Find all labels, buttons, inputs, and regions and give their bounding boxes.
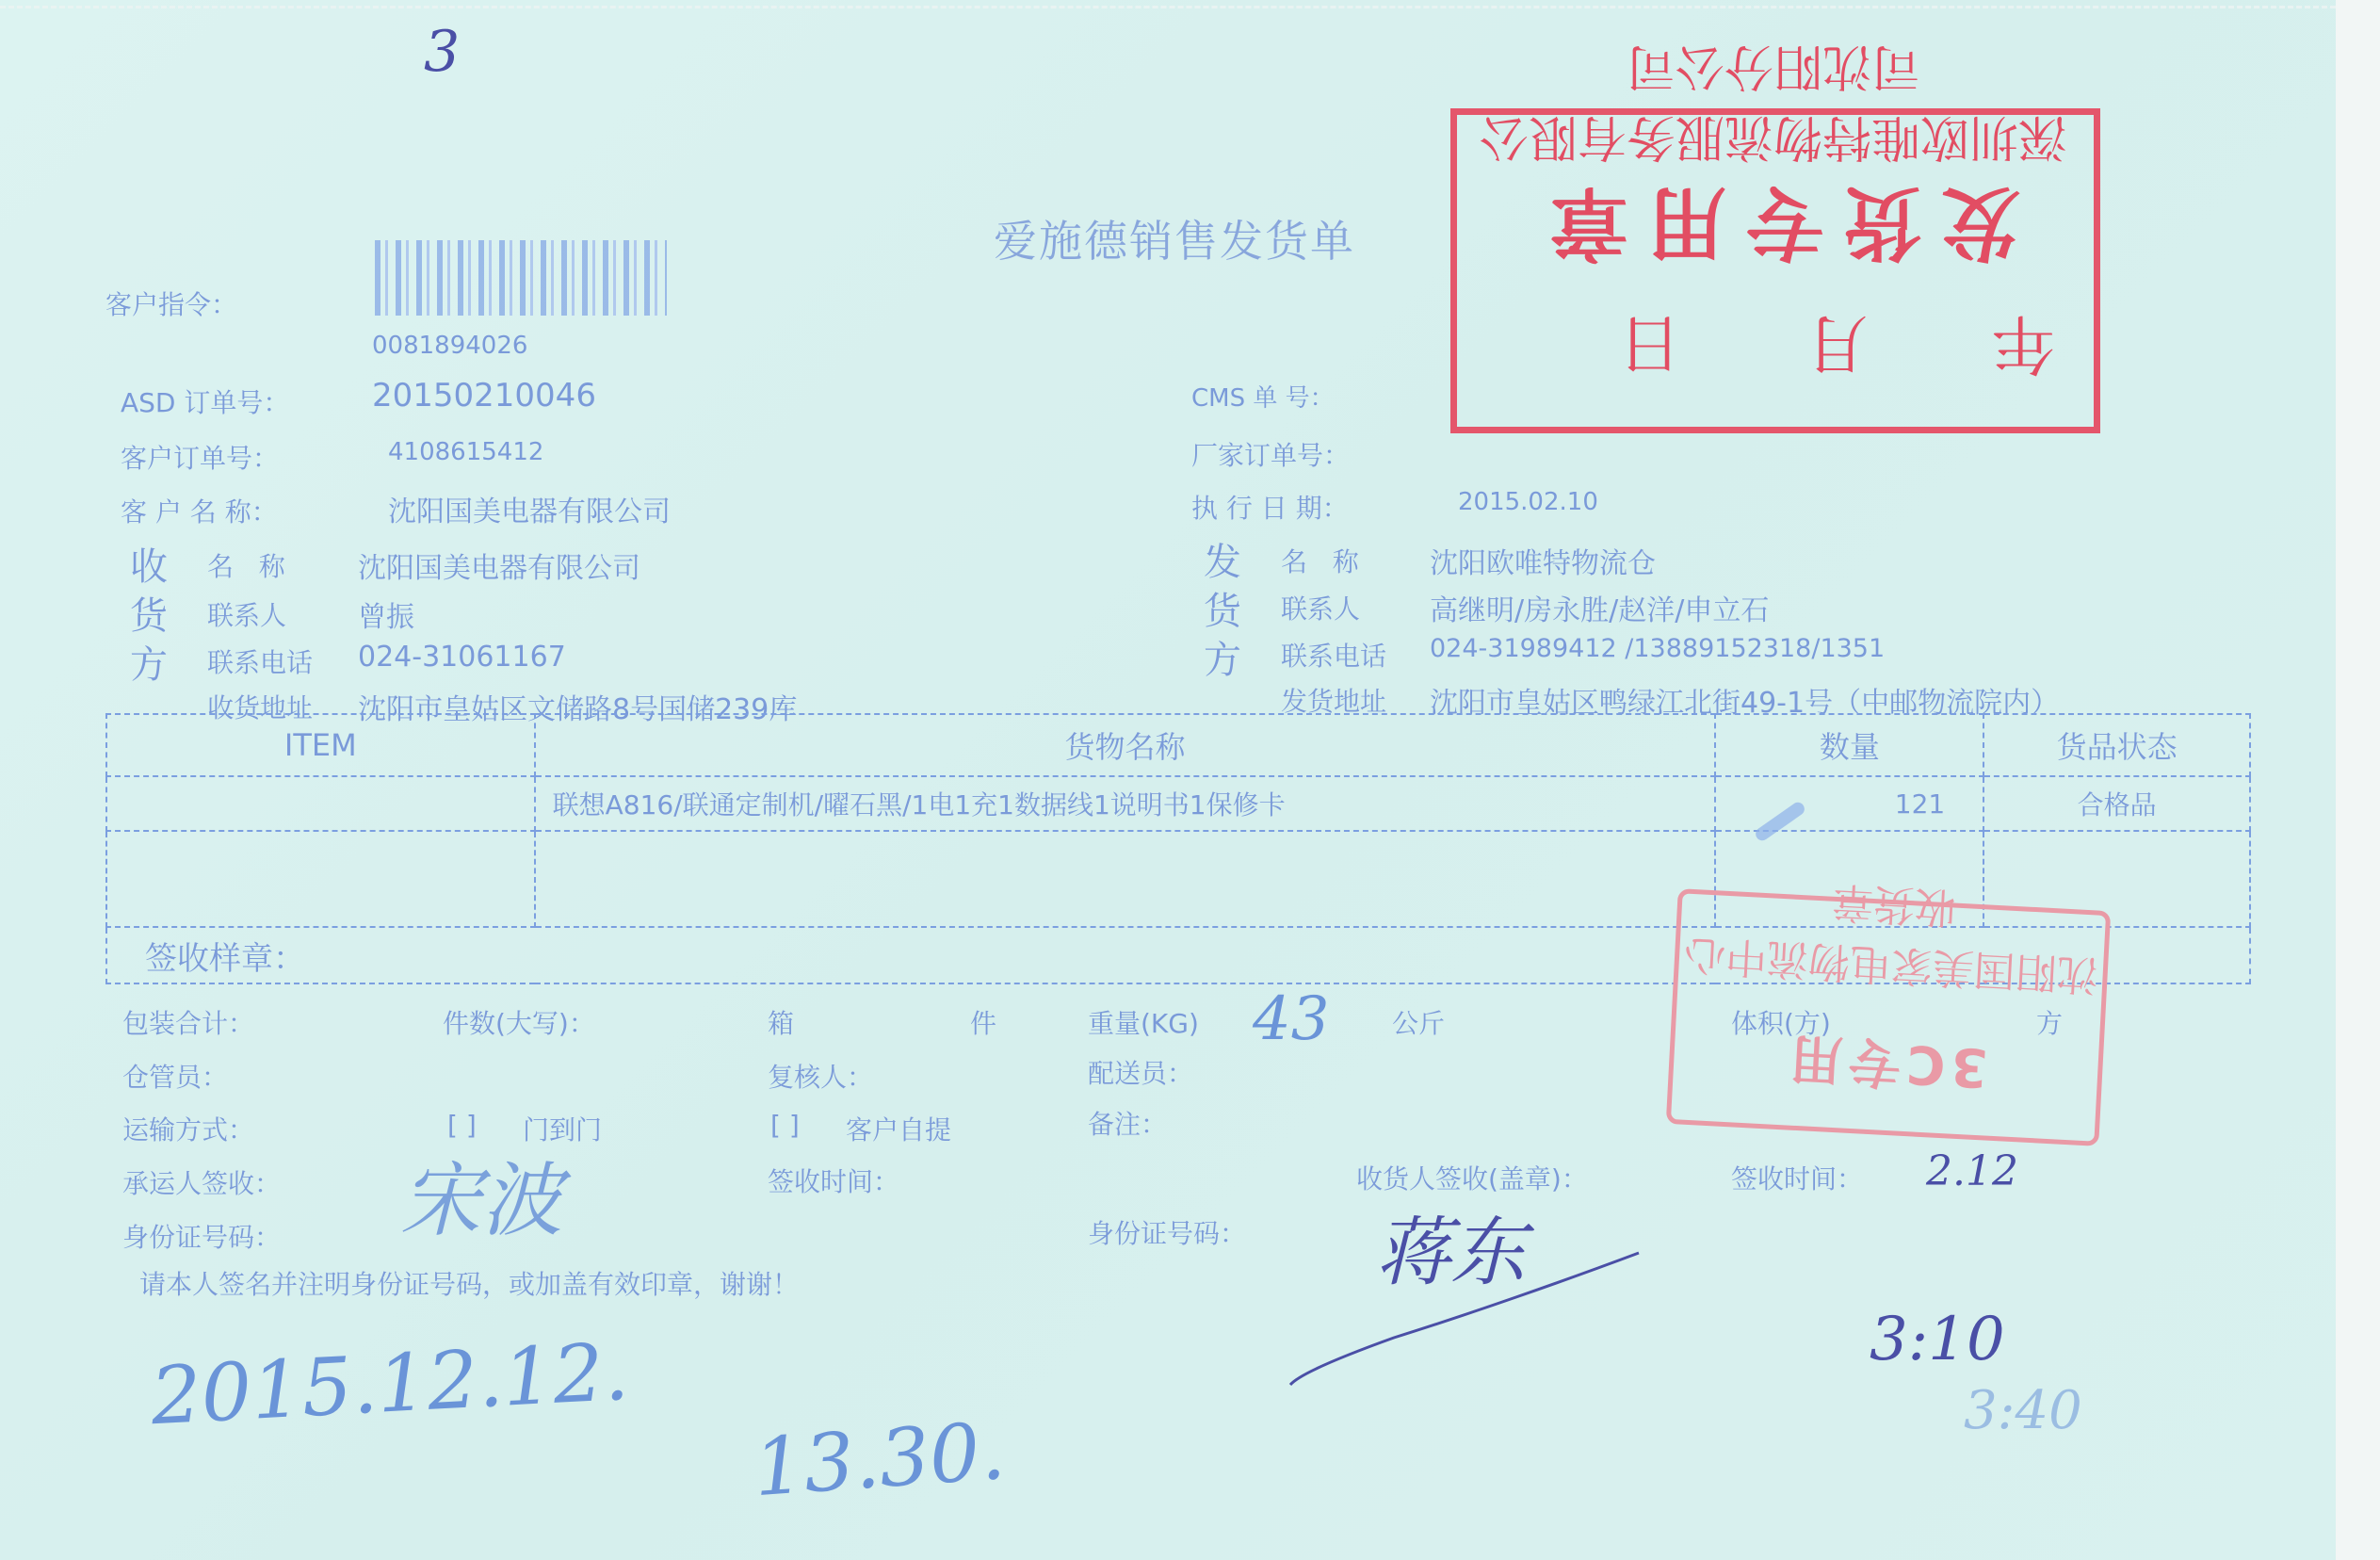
shipper-name-value: 沈阳欧唯特物流仓 [1430, 540, 1656, 581]
shipper-name-label: 名 称 [1281, 542, 1359, 579]
customer-order-value: 4108615412 [388, 438, 543, 466]
receiver-contact-value: 曾振 [358, 593, 414, 635]
cell-item [106, 776, 535, 831]
deliverer-label: 配送员： [1088, 1053, 1193, 1091]
receiver-name-value: 沈阳国美电器有限公司 [358, 544, 640, 586]
table-header-row: ITEM 货物名称 数量 货品状态 [106, 714, 2250, 776]
table-row: 联想A816/联通定制机/曜石黑/1电1充1数据线1说明书1保修卡 121 合格… [106, 776, 2250, 831]
signature-stroke [1281, 1225, 1676, 1394]
shipper-contact-label: 联系人 [1281, 589, 1360, 626]
cell-status: 合格品 [1983, 776, 2250, 831]
customer-name-label: 客 户 名 称： [121, 492, 278, 529]
asd-order-value: 20150210046 [372, 377, 596, 414]
col-header-name: 货物名称 [535, 714, 1716, 776]
volume-label: 体积(方) [1731, 1003, 1831, 1041]
remarks-label: 备注： [1088, 1104, 1167, 1142]
customer-instruction-value: 0081894026 [372, 332, 527, 360]
col-header-item: ITEM [106, 714, 535, 776]
weight-value: 43 [1253, 984, 1329, 1054]
col-header-qty: 数量 [1715, 714, 1983, 776]
piece-count-label: 件数(大写)： [443, 1003, 595, 1041]
cms-label: CMS 单 号： [1191, 379, 1335, 414]
reviewer-label: 复核人： [768, 1057, 873, 1095]
receiver-contact-label: 联系人 [207, 595, 286, 633]
signature-notice: 请本人签名并注明身份证号码，或加盖有效印章，谢谢！ [139, 1264, 799, 1302]
asd-order-label: ASD 订单号： [121, 382, 289, 420]
receiver-phone-value: 024-31061167 [358, 641, 566, 674]
customer-name-value: 沈阳国美电器有限公司 [388, 488, 671, 529]
carrier-sign-label: 承运人签收： [122, 1163, 281, 1201]
shipper-side-char-1: 发 [1204, 532, 1241, 586]
receiving-stamp-org: 沈阳国美家电物流中心收货章 [1677, 867, 2107, 1009]
exec-date-value: 2015.02.10 [1458, 488, 1598, 516]
cell-goods-name: 联想A816/联通定制机/曜石黑/1电1充1数据线1说明书1保修卡 [535, 776, 1716, 831]
page-number-handwritten: 3 [424, 19, 460, 85]
cell-goods-name [535, 831, 1716, 927]
exec-date-label: 执 行 日 期： [1191, 488, 1349, 526]
receiver-name-label: 名 称 [207, 546, 285, 584]
receiver-sign-time-value: 2.12 [1926, 1147, 2018, 1195]
self-pickup-label: 客户自提 [846, 1110, 951, 1147]
receiver-sign-time-label: 签收时间： [1731, 1159, 1863, 1196]
handwritten-time: 13.30. [751, 1405, 1008, 1514]
box-label: 箱 [768, 1003, 794, 1041]
barcode [375, 240, 667, 316]
col-header-status: 货品状态 [1983, 714, 2250, 776]
shipper-phone-value: 024-31989412 /13889152318/1351 [1430, 634, 1885, 663]
weight-label: 重量(KG) [1088, 1003, 1199, 1041]
receiver-sign-label: 收货人签收(盖章)： [1356, 1159, 1588, 1196]
cell-qty: 121 [1715, 776, 1983, 831]
stamp-date-chars: 年月日 [1457, 302, 2094, 394]
transport-label: 运输方式： [122, 1110, 254, 1147]
stamp-org-text: 深圳欧唯特物流服务有限公司沈阳分公司 [1463, 36, 2084, 177]
shipping-stamp: 年月日 发货专用章 深圳欧唯特物流服务有限公司沈阳分公司 [1450, 108, 2100, 433]
sign-time-label: 签收时间： [768, 1162, 899, 1199]
shipper-contact-value: 高继明/房永胜/赵洋/申立石 [1430, 587, 1769, 628]
stamp-main-text: 发货专用章 [1457, 171, 2094, 285]
self-pickup-checkbox[interactable]: [ ] [770, 1110, 800, 1141]
receiver-side-char-2: 货 [130, 586, 168, 640]
perforation-line [0, 6, 2336, 8]
shipper-side-char-3: 方 [1204, 630, 1241, 684]
carrier-signature: 宋波 [400, 1135, 562, 1252]
customer-instruction-label: 客户指令： [105, 284, 237, 322]
volume-unit: 方 [2036, 1003, 2063, 1041]
receiver-side-char-1: 收 [130, 537, 168, 591]
shipper-phone-label: 联系电话 [1281, 636, 1386, 674]
id-number-label-right: 身份证号码： [1088, 1213, 1246, 1251]
receiver-phone-label: 联系电话 [207, 642, 313, 680]
customer-order-label: 客户订单号： [121, 438, 279, 476]
handwritten-note-2: 3:40 [1964, 1380, 2082, 1441]
shipper-side-char-2: 货 [1204, 581, 1241, 635]
weight-unit: 公斤 [1392, 1003, 1445, 1041]
warehouse-keeper-label: 仓管员： [122, 1057, 228, 1095]
document-title: 爱施德销售发货单 [994, 207, 1355, 269]
id-number-label-left: 身份证号码： [122, 1217, 281, 1255]
paper-edge [2336, 0, 2380, 1560]
receiver-side-char-3: 方 [130, 635, 168, 689]
cell-item [106, 831, 535, 927]
factory-order-label: 厂家订单号： [1191, 435, 1350, 473]
package-total-label: 包装合计： [122, 1003, 254, 1041]
piece-label: 件 [970, 1003, 996, 1041]
handwritten-note-1: 3:10 [1870, 1305, 2005, 1374]
